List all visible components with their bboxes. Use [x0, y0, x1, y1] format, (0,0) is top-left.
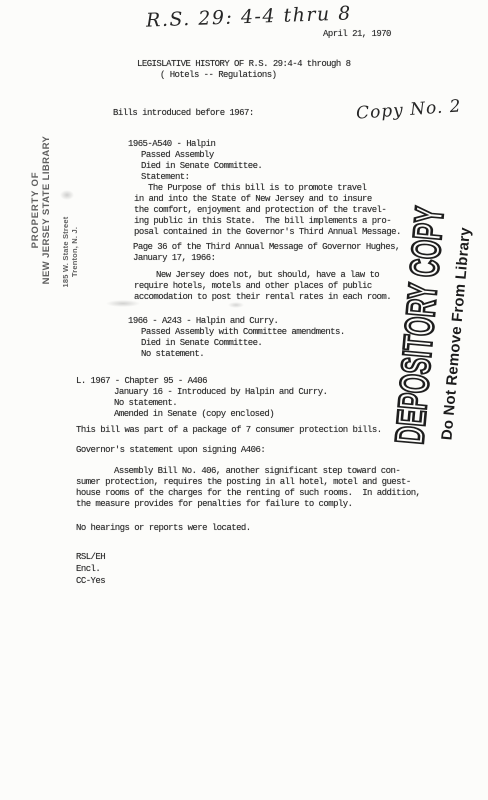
typed-line: Encl.	[76, 564, 100, 574]
typed-line: Passed Assembly	[141, 150, 214, 160]
typed-line: Passed Assembly with Committee amendment…	[141, 327, 345, 337]
typed-line: posal contained in the Governor's Third …	[134, 227, 401, 237]
typed-line: CC-Yes	[76, 576, 105, 586]
typed-line: April 21, 1970	[323, 29, 391, 39]
property-stamp: PROPERTY OF NEW JERSEY STATE LIBRARY	[30, 130, 52, 290]
scan-smudge	[106, 300, 140, 307]
typed-line: in and into the State of New Jersey and …	[134, 194, 372, 204]
typed-line: Governor's statement upon signing A406:	[76, 445, 265, 455]
typed-line: accomodation to post their rental rates …	[134, 292, 391, 302]
typed-line: The Purpose of this bill is to promote t…	[148, 183, 366, 193]
typed-line: require hotels, motels and other places …	[134, 281, 372, 291]
typed-line: Bills introduced before 1967:	[113, 108, 254, 118]
handwritten-copy-number: Copy No. 2	[355, 96, 462, 123]
scan-smudge	[60, 190, 74, 200]
typed-line: January 16 - Introduced by Halpin and Cu…	[114, 387, 327, 397]
property-stamp-line2: NEW JERSEY STATE LIBRARY	[41, 130, 52, 290]
typed-line: 1966 - A243 - Halpin and Curry.	[128, 316, 278, 326]
typed-line: This bill was part of a package of 7 con…	[76, 425, 382, 435]
typed-line: Died in Senate Committee.	[141, 161, 262, 171]
typed-line: ( Hotels -- Regulations)	[160, 70, 276, 80]
handwritten-citation: R.S. 29: 4-4 thru 8	[146, 2, 352, 31]
scan-smudge	[228, 302, 244, 308]
typed-line: No statement.	[114, 398, 177, 408]
typed-line: No statement.	[141, 349, 204, 359]
typed-line: sumer protection, requires the posting i…	[76, 477, 411, 487]
typed-line: house rooms of the charges for the renti…	[76, 488, 420, 498]
typed-line: 1965-A540 - Halpin	[128, 139, 215, 149]
property-stamp-line1: PROPERTY OF	[30, 130, 41, 290]
scanned-document-page: R.S. 29: 4-4 thru 8 Copy No. 2 April 21,…	[0, 0, 488, 800]
typed-line: January 17, 1966:	[133, 253, 215, 263]
typed-line: Assembly Bill No. 406, another significa…	[114, 466, 400, 476]
address-stamp: 185 W. State Street Trenton, N. J.	[61, 210, 79, 294]
typed-line: Died in Senate Committee.	[141, 338, 262, 348]
typed-line: L. 1967 - Chapter 95 - A406	[76, 376, 207, 386]
typed-line: New Jersey does not, but should, have a …	[156, 270, 379, 280]
typed-line: RSL/EH	[76, 552, 105, 562]
typed-line: Statement:	[141, 172, 190, 182]
typed-line: Page 36 of the Third Annual Message of G…	[133, 242, 400, 252]
typed-line: Amended in Senate (copy enclosed)	[114, 409, 274, 419]
typed-line: the comfort, enjoyment and protection of…	[134, 205, 386, 215]
typed-line: ing public in this State. The bill imple…	[134, 216, 391, 226]
address-stamp-line1: 185 W. State Street	[61, 210, 70, 294]
address-stamp-line2: Trenton, N. J.	[70, 210, 79, 294]
typed-line: LEGISLATIVE HISTORY OF R.S. 29:4-4 throu…	[137, 59, 350, 69]
typed-line: the measure provides for penalties for f…	[76, 499, 353, 509]
typed-line: No hearings or reports were located.	[76, 523, 251, 533]
